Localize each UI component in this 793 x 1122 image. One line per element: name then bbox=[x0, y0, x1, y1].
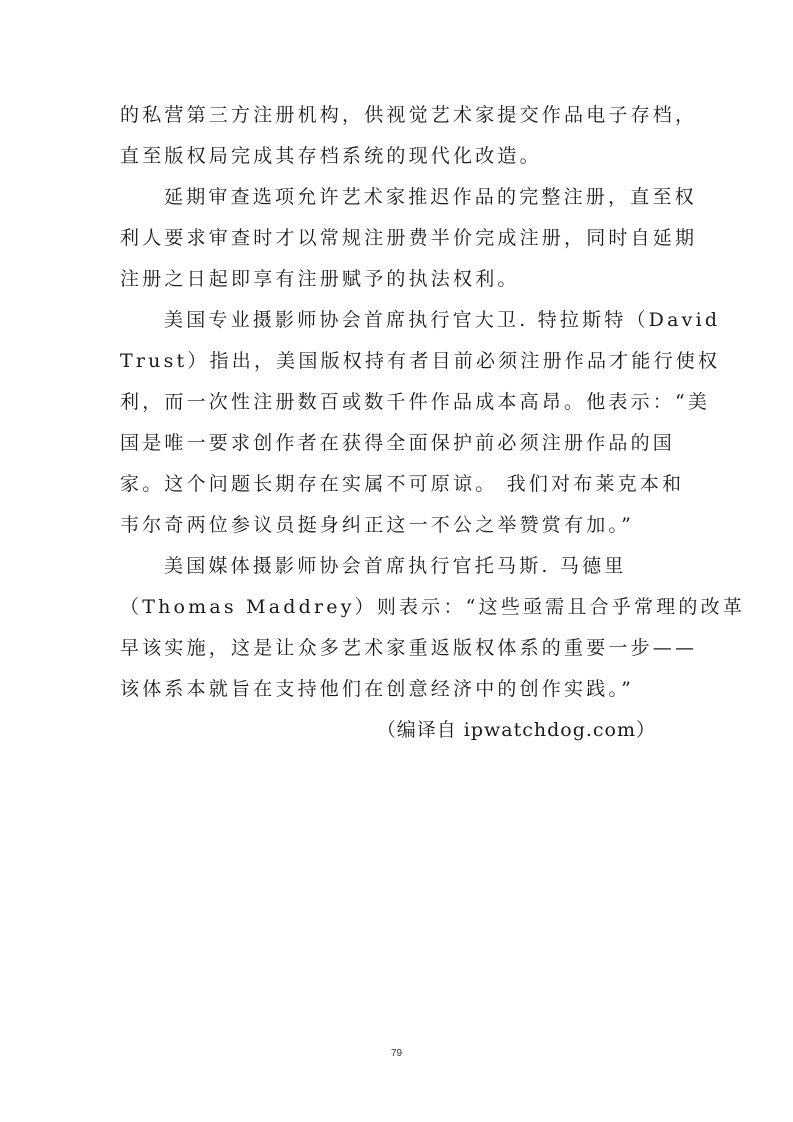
paragraph-line: 国是唯一要求创作者在获得全面保护前必须注册作品的国 bbox=[120, 423, 674, 464]
paragraph-line: 美国专业摄影师协会首席执行官大卫. 特拉斯特（David bbox=[120, 300, 674, 341]
document-page: 的私营第三方注册机构，供视觉艺术家提交作品电子存档， 直至版权局完成其存档系统的… bbox=[0, 0, 793, 1122]
paragraph-line: （Thomas Maddrey）则表示：“这些亟需且合乎常理的改革 bbox=[120, 587, 674, 628]
paragraph-line: 该体系本就旨在支持他们在创意经济中的创作实践。” bbox=[120, 669, 674, 710]
paragraph-line: 利，而一次性注册数百或数千件作品成本高昂。他表示：“美 bbox=[120, 382, 674, 423]
paragraph-line: 注册之日起即享有注册赋予的执法权利。 bbox=[120, 259, 674, 300]
paragraph-line: 早该实施，这是让众多艺术家重返版权体系的重要一步—— bbox=[120, 628, 674, 669]
source-attribution: （编译自 ipwatchdog.com） bbox=[120, 710, 674, 751]
paragraph-line: 延期审查选项允许艺术家推迟作品的完整注册，直至权 bbox=[120, 177, 674, 218]
paragraph-line: 韦尔奇两位参议员挺身纠正这一不公之举赞赏有加。” bbox=[120, 505, 674, 546]
paragraph-line: 的私营第三方注册机构，供视觉艺术家提交作品电子存档， bbox=[120, 95, 674, 136]
page-number: 79 bbox=[0, 1048, 793, 1059]
paragraph-line: 直至版权局完成其存档系统的现代化改造。 bbox=[120, 136, 674, 177]
paragraph-line: 利人要求审查时才以常规注册费半价完成注册，同时自延期 bbox=[120, 218, 674, 259]
paragraph-line: 家。这个问题长期存在实属不可原谅。 我们对布莱克本和 bbox=[120, 464, 674, 505]
paragraph-line: Trust）指出，美国版权持有者目前必须注册作品才能行使权 bbox=[120, 341, 674, 382]
body-text: 的私营第三方注册机构，供视觉艺术家提交作品电子存档， 直至版权局完成其存档系统的… bbox=[120, 95, 674, 751]
paragraph-line: 美国媒体摄影师协会首席执行官托马斯. 马德里 bbox=[120, 546, 674, 587]
